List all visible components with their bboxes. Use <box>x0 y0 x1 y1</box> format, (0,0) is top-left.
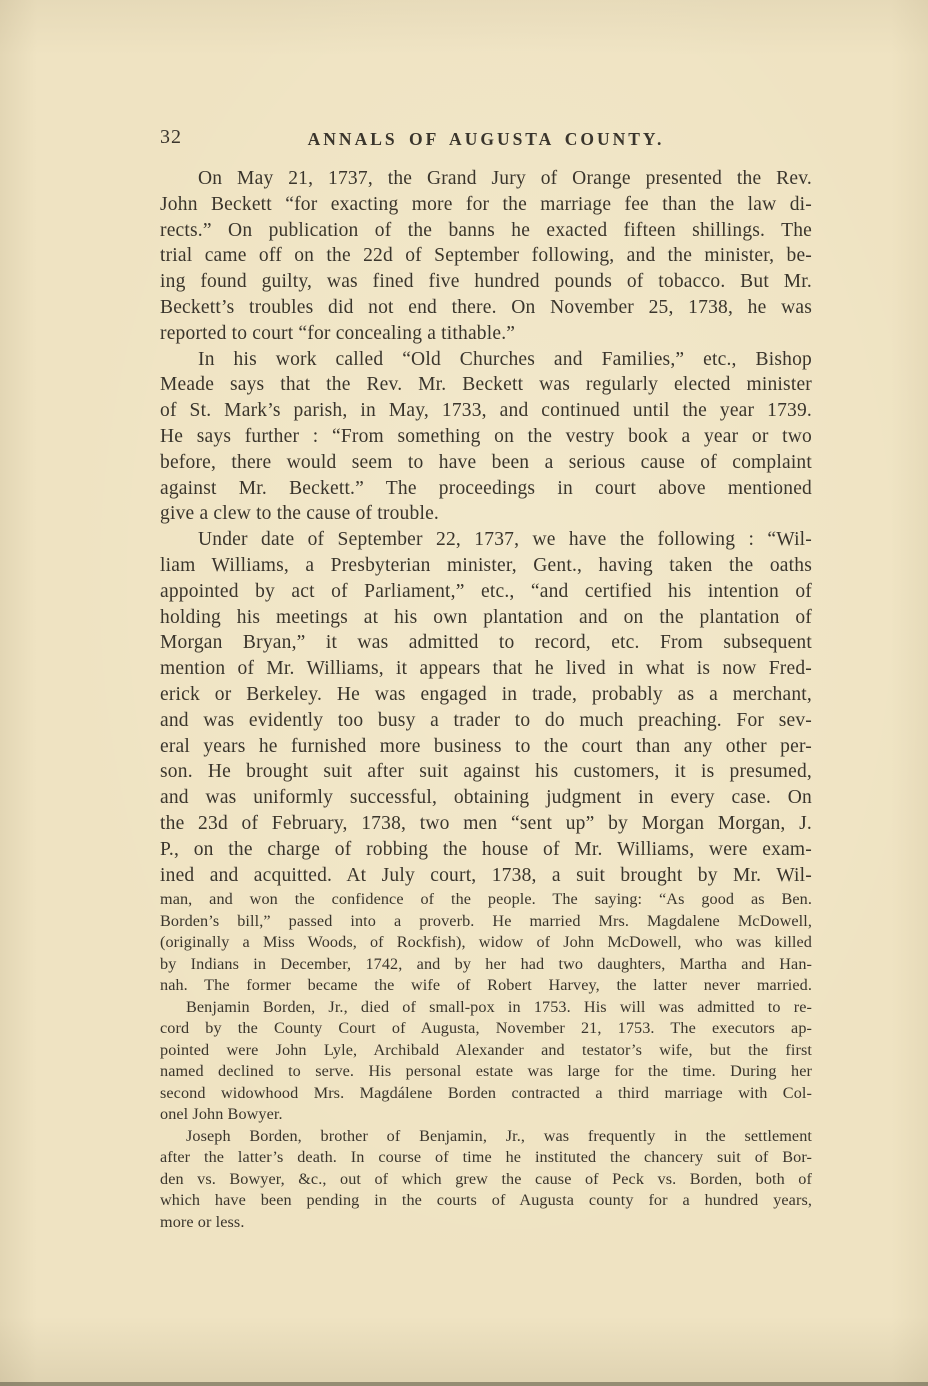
scan-edge-shadow <box>0 1382 928 1386</box>
text-line: John Beckett “for exacting more for the … <box>160 192 812 218</box>
text-line: erick or Berkeley. He was engaged in tra… <box>160 682 812 708</box>
text-column: On May 21, 1737, the Grand Jury of Orang… <box>160 166 812 1233</box>
paragraph: In his work called “Old Churches and Fam… <box>160 347 812 528</box>
text-line: (originally a Miss Woods, of Rockfish), … <box>160 932 812 954</box>
text-line: man, and won the confidence of the peopl… <box>160 889 812 911</box>
text-line: of St. Mark’s parish, in May, 1733, and … <box>160 398 812 424</box>
text-line: after the latter’s death. In course of t… <box>160 1147 812 1169</box>
text-line: Under date of September 22, 1737, we hav… <box>160 527 812 553</box>
text-line: eral years he furnished more business to… <box>160 734 812 760</box>
text-line: P., on the charge of robbing the house o… <box>160 837 812 863</box>
text-line: by Indians in December, 1742, and by her… <box>160 954 812 976</box>
text-line: liam Williams, a Presbyterian minister, … <box>160 553 812 579</box>
text-line: son. He brought suit after suit against … <box>160 759 812 785</box>
text-line: ined and acquitted. At July court, 1738,… <box>160 863 812 889</box>
text-line: cord by the County Court of Augusta, Nov… <box>160 1018 812 1040</box>
text-line: den vs. Bowyer, &c., out of which grew t… <box>160 1169 812 1191</box>
text-line: Beckett’s troubles did not end there. On… <box>160 295 812 321</box>
text-line: nah. The former became the wife of Rober… <box>160 975 812 997</box>
text-line: reported to court “for concealing a tith… <box>160 321 812 347</box>
text-line: In his work called “Old Churches and Fam… <box>160 347 812 373</box>
text-line: holding his meetings at his own plantati… <box>160 605 812 631</box>
text-line: give a clew to the cause of trouble. <box>160 501 812 527</box>
main-text: On May 21, 1737, the Grand Jury of Orang… <box>160 166 812 888</box>
running-header-title: ANNALS OF AUGUSTA COUNTY. <box>160 129 812 150</box>
footnote: man, and won the confidence of the peopl… <box>160 889 812 1233</box>
text-line: trial came off on the 22d of September f… <box>160 243 812 269</box>
scanned-page: { "page": { "number": "32", "header_titl… <box>0 0 928 1386</box>
text-line: and was evidently too busy a trader to d… <box>160 708 812 734</box>
text-line: pointed were John Lyle, Archibald Alexan… <box>160 1040 812 1062</box>
text-line: and was uniformly successful, obtaining … <box>160 785 812 811</box>
text-line: Joseph Borden, brother of Benjamin, Jr.,… <box>160 1126 812 1148</box>
text-line: He says further : “From something on the… <box>160 424 812 450</box>
text-line: Borden’s bill,” passed into a proverb. H… <box>160 911 812 933</box>
text-line: On May 21, 1737, the Grand Jury of Orang… <box>160 166 812 192</box>
text-line: ing found guilty, was fined five hundred… <box>160 269 812 295</box>
text-line: which have been pending in the courts of… <box>160 1190 812 1212</box>
paragraph: On May 21, 1737, the Grand Jury of Orang… <box>160 166 812 347</box>
paragraph: Under date of September 22, 1737, we hav… <box>160 527 812 888</box>
text-line: Benjamin Borden, Jr., died of small-pox … <box>160 997 812 1019</box>
text-line: named declined to serve. His personal es… <box>160 1061 812 1083</box>
text-line: the 23d of February, 1738, two men “sent… <box>160 811 812 837</box>
text-line: before, there would seem to have been a … <box>160 450 812 476</box>
text-line: mention of Mr. Williams, it appears that… <box>160 656 812 682</box>
text-line: more or less. <box>160 1212 812 1234</box>
text-line: Meade says that the Rev. Mr. Beckett was… <box>160 372 812 398</box>
text-line: second widowhood Mrs. Magdálene Borden c… <box>160 1083 812 1105</box>
text-line: Morgan Bryan,” it was admitted to record… <box>160 630 812 656</box>
paragraph: Benjamin Borden, Jr., died of small-pox … <box>160 997 812 1126</box>
text-line: appointed by act of Parliament,” etc., “… <box>160 579 812 605</box>
text-line: against Mr. Beckett.” The proceedings in… <box>160 476 812 502</box>
text-line: onel John Bowyer. <box>160 1104 812 1126</box>
text-line: rects.” On publication of the banns he e… <box>160 218 812 244</box>
paragraph: man, and won the confidence of the peopl… <box>160 889 812 997</box>
paragraph: Joseph Borden, brother of Benjamin, Jr.,… <box>160 1126 812 1234</box>
